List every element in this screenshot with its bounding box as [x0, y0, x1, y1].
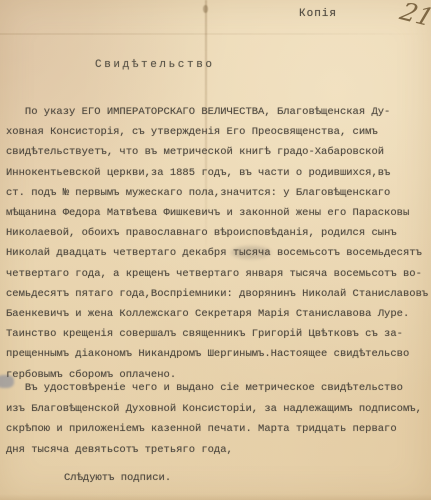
text-line: Николай двадцать четвертаго декабря тыся… — [6, 243, 431, 263]
closing-line: Слѣдуютъ подписи. — [64, 472, 171, 484]
document-scan: 21 Копія Свидѣтельство По указу ЕГО ИМПЕ… — [0, 0, 431, 500]
text-line: ст. подъ № первымъ мужескаго пола,значит… — [6, 183, 431, 203]
text-line: Въ удостовѣреніе чего и выдано сіе метри… — [6, 378, 431, 399]
text-line: Иннокентьевской церкви,за 1885 годъ, въ … — [6, 163, 431, 183]
text-line: четвертаго года, а крещенъ четвертаго ян… — [6, 264, 431, 284]
body-paragraph-1: По указу ЕГО ИМПЕРАТОРСКАГО ВЕЛИЧЕСТВА, … — [6, 102, 431, 385]
text-line: скрѣпою и приложеніемъ казенной печати. … — [6, 419, 431, 440]
text-line: свидѣтельствуетъ, что въ метрической кни… — [6, 142, 431, 162]
document-title: Свидѣтельство — [95, 59, 215, 71]
text-line: По указу ЕГО ИМПЕРАТОРСКАГО ВЕЛИЧЕСТВА, … — [6, 102, 431, 122]
text-line: Таинство крещенія совершалъ священникъ Г… — [6, 324, 431, 344]
copy-label: Копія — [299, 8, 337, 20]
body-paragraph-2: Въ удостовѣреніе чего и выдано сіе метри… — [6, 378, 431, 460]
text-line: изъ Благовѣщенской Духовной Консисторіи,… — [6, 399, 431, 420]
text-line: ховная Консисторія, съ утвержденія Его П… — [6, 122, 431, 142]
text-line: Баенкевичъ и жена Коллежскаго Секретаря … — [6, 304, 431, 324]
text-line: Николаевой, обоихъ православнаго вѣроисп… — [6, 223, 431, 243]
text-line: семьдесятъ пятаго года,Воспріемники: дво… — [6, 284, 431, 304]
bottom-edge-shadow — [0, 494, 431, 500]
text-line: прещеннымъ діакономъ Никандромъ Шергиным… — [6, 344, 431, 364]
text-line: мѣщанина Федора Матвѣева Фишкевичъ и зак… — [6, 203, 431, 223]
horizontal-crease — [0, 33, 431, 35]
text-line: дня тысяча девятьсотъ третьяго года, — [6, 440, 431, 461]
handwritten-page-number: 21 — [396, 0, 431, 32]
crease-mark — [203, 5, 208, 13]
